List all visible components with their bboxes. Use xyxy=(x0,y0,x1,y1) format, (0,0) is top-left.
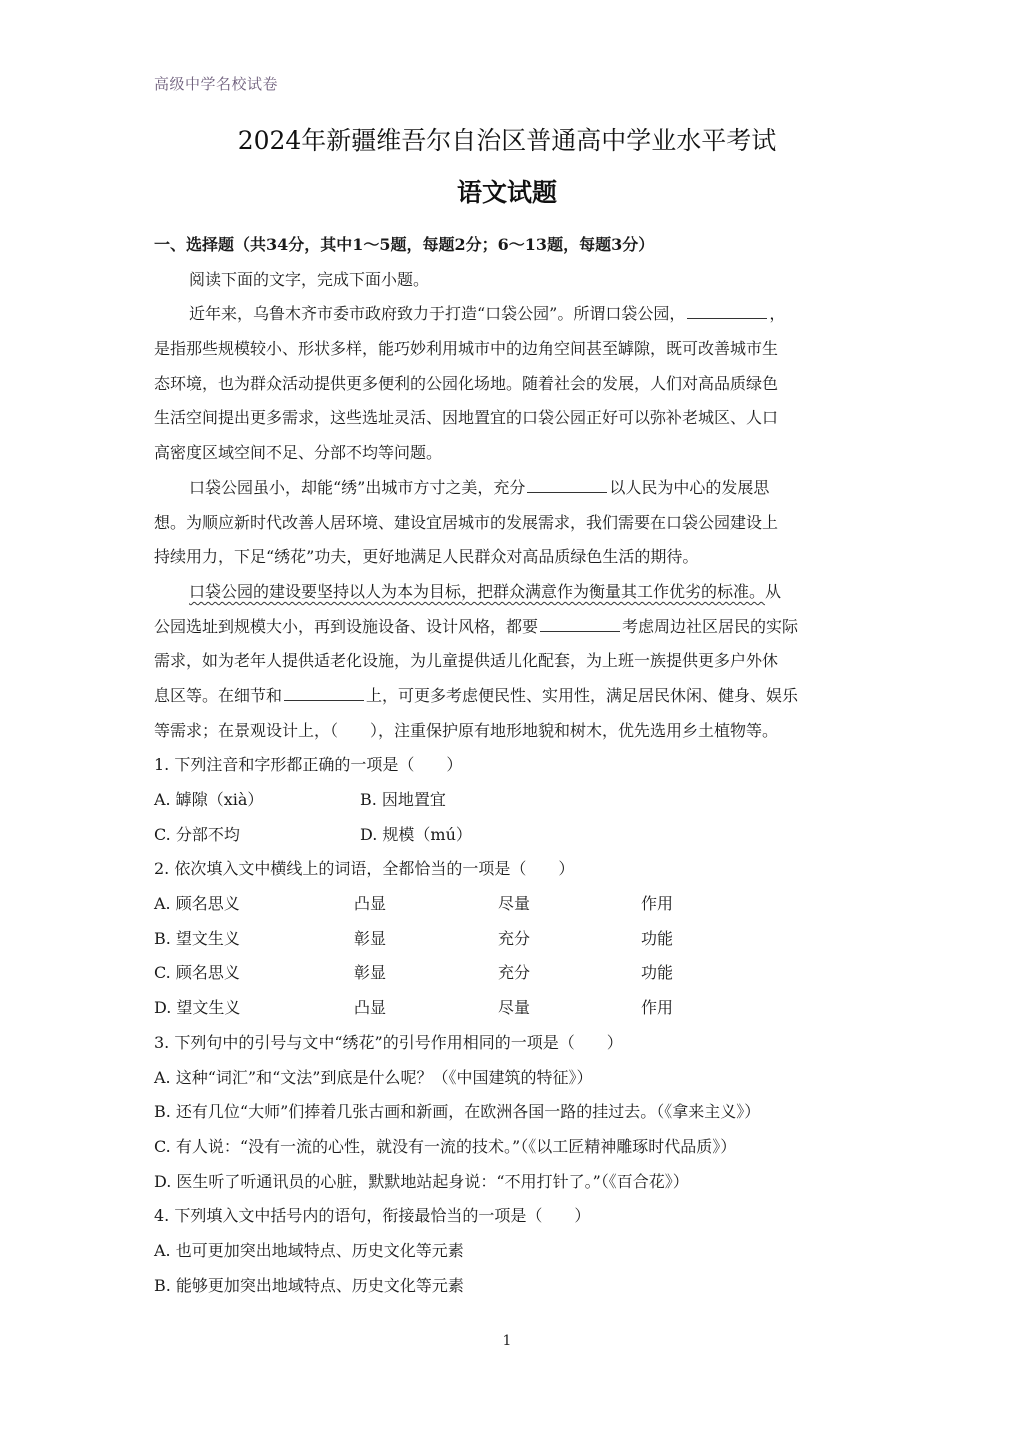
option-cell: 凸显 xyxy=(354,991,498,1026)
option-cell: 功能 xyxy=(641,956,841,991)
passage-text: 从 xyxy=(765,582,781,601)
passage-text: 口袋公园虽小，却能“绣”出城市方寸之美，充分 xyxy=(189,478,525,497)
exam-subtitle: 语文试题 xyxy=(0,177,1014,209)
page-number: 1 xyxy=(0,1333,1014,1349)
wavy-underlined-sentence: 口袋公园的建设要坚持以人为本为目标，把群众满意作为衡量其工作优劣的标准。 xyxy=(189,582,765,601)
option-b: B. 能够更加突出地域特点、历史文化等元素 xyxy=(154,1269,860,1304)
option-cell: D. 望文生义 xyxy=(154,991,354,1026)
passage-line: 高密度区域空间不足、分部不均等问题。 xyxy=(154,436,860,471)
option-c: C. 有人说：“没有一流的心性，就没有一流的技术。”（《以工匠精神雕琢时代品质》… xyxy=(154,1130,860,1165)
option-cell: B. 望文生义 xyxy=(154,922,354,957)
passage-line: 息区等。在细节和上，可更多考虑便民性、实用性，满足居民休闲、健身、娱乐 xyxy=(154,679,860,714)
option-a: A. 罅隙（xià） xyxy=(154,783,360,818)
option-cell: 作用 xyxy=(641,991,841,1026)
option-d: D. 规模（mú） xyxy=(360,818,860,853)
option-row-b: B. 望文生义 彰显 充分 功能 xyxy=(154,922,860,957)
passage-text: 上，可更多考虑便民性、实用性，满足居民休闲、健身、娱乐 xyxy=(366,686,798,705)
passage-line: 等需求；在景观设计上，（ ），注重保护原有地形地貌和树木，优先选用乡土植物等。 xyxy=(154,714,860,749)
question-stem: 4. 下列填入文中括号内的语句，衔接最恰当的一项是（ ） xyxy=(154,1199,860,1234)
passage-line: 需求，如为老年人提供适老化设施，为儿童提供适儿化配套，为上班一族提供更多户外休 xyxy=(154,644,860,679)
option-cell: 功能 xyxy=(641,922,841,957)
fill-blank-3 xyxy=(540,611,620,632)
exam-page: 高级中学名校试卷 2024年新疆维吾尔自治区普通高中学业水平考试 语文试题 一、… xyxy=(0,0,1014,1433)
option-row-d: D. 望文生义 凸显 尽量 作用 xyxy=(154,991,860,1026)
exam-title: 2024年新疆维吾尔自治区普通高中学业水平考试 xyxy=(0,125,1014,157)
passage-line: 是指那些规模较小、形状多样，能巧妙利用城市中的边角空间甚至罅隙，既可改善城市生 xyxy=(154,332,860,367)
passage-text: 考虑周边社区居民的实际 xyxy=(622,617,798,636)
option-cell: C. 顾名思义 xyxy=(154,956,354,991)
question-stem: 3. 下列句中的引号与文中“绣花”的引号作用相同的一项是（ ） xyxy=(154,1026,860,1061)
question-stem: 1. 下列注音和字形都正确的一项是（ ） xyxy=(154,748,860,783)
option-b: B. 还有几位“大师”们捧着几张古画和新画，在欧洲各国一路的挂过去。（《拿来主义… xyxy=(154,1095,860,1130)
option-a: A. 这种“词汇”和“文法”到底是什么呢？（《中国建筑的特征》） xyxy=(154,1061,860,1096)
question-stem: 2. 依次填入文中横线上的词语，全都恰当的一项是（ ） xyxy=(154,852,860,887)
instruction: 阅读下面的文字，完成下面小题。 xyxy=(154,263,860,298)
option-cell: 彰显 xyxy=(354,922,498,957)
passage-paragraph-1: 近年来，乌鲁木齐市委市政府致力于打造“口袋公园”。所谓口袋公园，， 是指那些规模… xyxy=(154,297,860,470)
option-cell: 尽量 xyxy=(498,887,641,922)
section-heading: 一、选择题（共34分，其中1～5题，每题2分；6～13题，每题3分） xyxy=(154,228,860,263)
option-d: D. 医生听了听通讯员的心脏，默默地站起身说：“不用打针了。”（《百合花》） xyxy=(154,1165,860,1200)
passage-text: 近年来，乌鲁木齐市委市政府致力于打造“口袋公园”。所谓口袋公园， xyxy=(189,304,685,323)
passage-text: ， xyxy=(769,304,785,323)
option-row-a: A. 顾名思义 凸显 尽量 作用 xyxy=(154,887,860,922)
option-cell: 充分 xyxy=(498,922,641,957)
passage-line: 想。为顺应新时代改善人居环境、建设宜居城市的发展需求，我们需要在口袋公园建设上 xyxy=(154,506,860,541)
option-cell: 充分 xyxy=(498,956,641,991)
question-1: 1. 下列注音和字形都正确的一项是（ ） A. 罅隙（xià） B. 因地置宜 … xyxy=(154,748,860,852)
option-cell: 尽量 xyxy=(498,991,641,1026)
fill-blank-1 xyxy=(687,298,767,319)
passage-text: 以人民为中心的发展思 xyxy=(609,478,769,497)
passage-line: 口袋公园的建设要坚持以人为本为目标，把群众满意作为衡量其工作优劣的标准。从 xyxy=(154,575,860,610)
passage-text: 息区等。在细节和 xyxy=(154,686,282,705)
passage-line: 持续用力，下足“绣花”功夫，更好地满足人民群众对高品质绿色生活的期待。 xyxy=(154,540,860,575)
option-c: C. 分部不均 xyxy=(154,818,360,853)
passage-line: 生活空间提出更多需求，这些选址灵活、因地置宜的口袋公园正好可以弥补老城区、人口 xyxy=(154,401,860,436)
passage-paragraph-2: 口袋公园虽小，却能“绣”出城市方寸之美，充分以人民为中心的发展思 想。为顺应新时… xyxy=(154,471,860,575)
option-cell: 凸显 xyxy=(354,887,498,922)
option-a: A. 也可更加突出地域特点、历史文化等元素 xyxy=(154,1234,860,1269)
option-b: B. 因地置宜 xyxy=(360,783,860,818)
passage-text: 公园选址到规模大小，再到设施设备、设计风格，都要 xyxy=(154,617,538,636)
option-cell: 作用 xyxy=(641,887,841,922)
passage-line: 口袋公园虽小，却能“绣”出城市方寸之美，充分以人民为中心的发展思 xyxy=(154,471,860,506)
option-cell: A. 顾名思义 xyxy=(154,887,354,922)
option-cell: 彰显 xyxy=(354,956,498,991)
fill-blank-2 xyxy=(527,472,607,493)
option-row-c: C. 顾名思义 彰显 充分 功能 xyxy=(154,956,860,991)
option-row: C. 分部不均 D. 规模（mú） xyxy=(154,818,860,853)
question-3: 3. 下列句中的引号与文中“绣花”的引号作用相同的一项是（ ） A. 这种“词汇… xyxy=(154,1026,860,1199)
option-row: A. 罅隙（xià） B. 因地置宜 xyxy=(154,783,860,818)
fill-blank-4 xyxy=(284,680,364,701)
exam-content: 一、选择题（共34分，其中1～5题，每题2分；6～13题，每题3分） 阅读下面的… xyxy=(154,228,860,1303)
passage-line: 近年来，乌鲁木齐市委市政府致力于打造“口袋公园”。所谓口袋公园，， xyxy=(154,297,860,332)
passage-paragraph-3: 口袋公园的建设要坚持以人为本为目标，把群众满意作为衡量其工作优劣的标准。从 公园… xyxy=(154,575,860,748)
header-tag: 高级中学名校试卷 xyxy=(154,73,278,94)
passage-line: 公园选址到规模大小，再到设施设备、设计风格，都要考虑周边社区居民的实际 xyxy=(154,610,860,645)
passage-line: 态环境，也为群众活动提供更多便利的公园化场地。随着社会的发展，人们对高品质绿色 xyxy=(154,367,860,402)
question-4: 4. 下列填入文中括号内的语句，衔接最恰当的一项是（ ） A. 也可更加突出地域… xyxy=(154,1199,860,1303)
question-2: 2. 依次填入文中横线上的词语，全都恰当的一项是（ ） A. 顾名思义 凸显 尽… xyxy=(154,852,860,1025)
